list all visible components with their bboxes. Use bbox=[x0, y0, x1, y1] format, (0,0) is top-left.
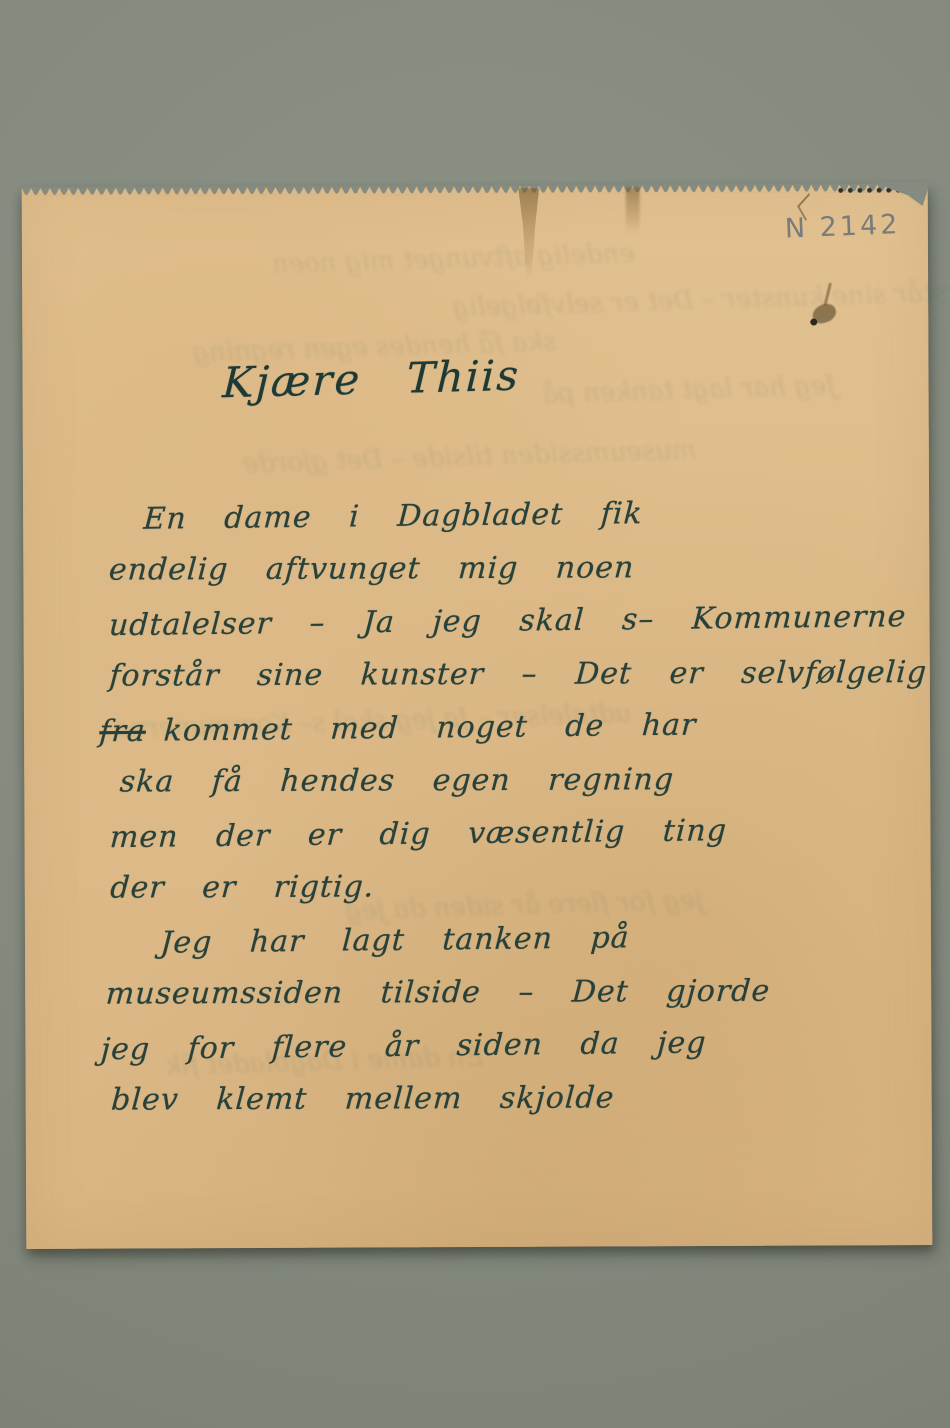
ink-line: jeg for flere år siden da jeg bbox=[24, 1023, 933, 1086]
ink-line-rest: kommet med noget de har bbox=[163, 708, 698, 749]
bleed-through-line: museumssiden tilside – Det gjorde bbox=[243, 435, 697, 479]
perforated-edge bbox=[22, 183, 928, 196]
ink-line: En dame i Dagbladet fik bbox=[21, 493, 930, 556]
ink-line: men der er dig væsentlig ting bbox=[23, 811, 932, 874]
ink-line-with-strike: frakommet med noget de har bbox=[22, 705, 931, 768]
salutation: Kjære Thiis bbox=[221, 351, 521, 408]
ink-line: forstår sine kunster – Det er selvfølgel… bbox=[22, 655, 931, 712]
letter-body: En dame i Dagbladet fik endelig aftvunge… bbox=[23, 496, 932, 1136]
bleed-through-line: Jeg har lagt tanken på bbox=[542, 371, 837, 410]
ink-line: Jeg har lagt tanken på bbox=[23, 917, 932, 980]
bleed-through-line: forstår sine kunster – Det er selvfølgel… bbox=[452, 277, 950, 323]
ink-line: ska få hendes egen regning bbox=[23, 761, 932, 818]
struck-word: fra bbox=[98, 714, 146, 750]
letter-paper: N 2142 endelig aftvunget mig noen forstå… bbox=[22, 184, 933, 1249]
archive-number: N 2142 bbox=[784, 209, 901, 245]
drip-stain-small bbox=[626, 187, 640, 233]
ink-line: der er rigtig. bbox=[23, 867, 932, 924]
ink-line: blev klemt mellem skjolde bbox=[24, 1079, 933, 1136]
bleed-through-line: endelig aftvunget mig noen bbox=[272, 239, 635, 280]
ink-line: endelig aftvunget mig noen bbox=[22, 549, 931, 606]
ink-blot-dot bbox=[810, 319, 817, 326]
ink-line: udtalelser – Ja jeg skal s– Kommunerne bbox=[22, 599, 931, 662]
scan-background: N 2142 endelig aftvunget mig noen forstå… bbox=[0, 0, 950, 1428]
ink-line: museumssiden tilside – Det gjorde bbox=[24, 973, 933, 1030]
